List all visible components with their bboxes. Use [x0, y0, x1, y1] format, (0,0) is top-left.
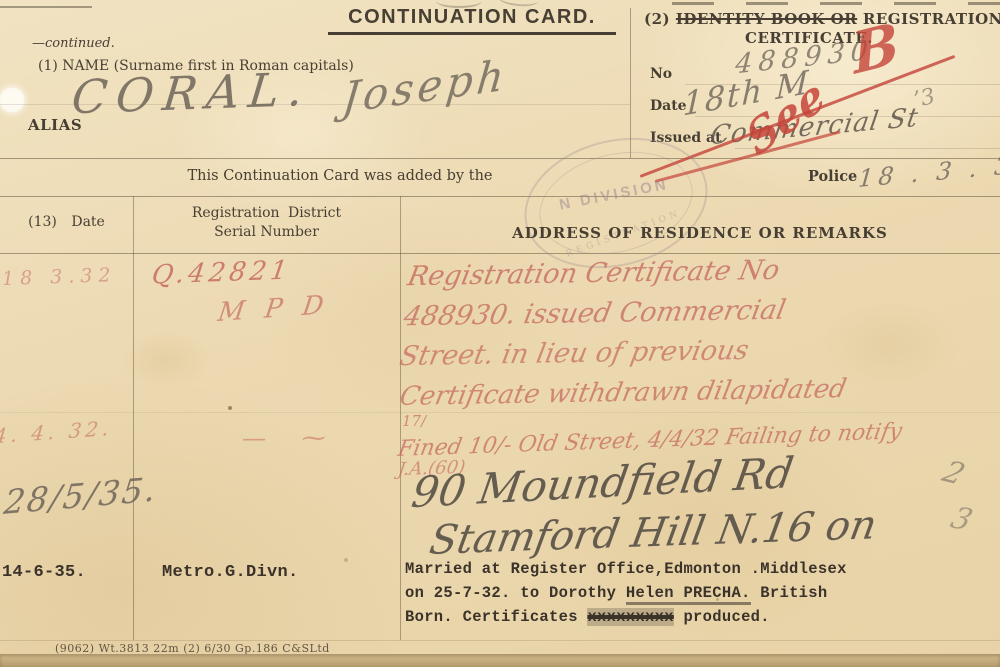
row1-serial-mpd: M P D: [216, 290, 331, 328]
row4-line3-pre: Born. Certificates: [405, 608, 587, 626]
paper-stain: [820, 300, 960, 390]
col-header-registration-line1: Registration District: [133, 205, 400, 221]
identity-heading-struck: IDENTITY BOOK OR: [676, 10, 857, 28]
row4-line3-struck: xxxxxxxxx: [587, 608, 673, 626]
alias-label: ALIAS: [28, 116, 82, 134]
divider-col1: [133, 196, 134, 640]
paper-stain: [120, 330, 210, 390]
row1-date: 18 3.32: [2, 264, 117, 290]
continued-note: —continued.: [32, 36, 115, 51]
paper-speck: [228, 406, 232, 410]
red-annotation-b: B: [849, 10, 902, 88]
no-label: No: [650, 66, 672, 82]
paper-speck: [344, 558, 348, 562]
row4-serial: Metro.G.Divn.: [162, 563, 299, 582]
row3-edge-scribble1: 2: [937, 455, 970, 492]
row4-line2-pre: on 25-7-32. to Dorothy: [405, 584, 626, 602]
row4-remark-line3: Born. Certificates xxxxxxxxx produced.: [405, 608, 770, 626]
name-surname-handwriting: CORAL.: [69, 62, 314, 125]
row1-remark-superscript: 17/: [402, 412, 426, 430]
rule-header-top: [0, 196, 1000, 197]
rule-header-bottom: [0, 253, 1000, 254]
row1-remark-line1: Registration Certificate No: [405, 255, 782, 293]
rule-card-bottom: [0, 640, 1000, 641]
identity-heading: (2) IDENTITY BOOK OR REGISTRATION: [644, 10, 1000, 28]
row3-date: 28/5/35.: [2, 469, 160, 522]
row4-remark-line2: on 25-7-32. to Dorothy Helen PRECHA. Bri…: [405, 584, 827, 602]
punch-hole: [0, 88, 24, 112]
top-edge-dashes: [672, 2, 1000, 5]
date-label: Date: [650, 98, 687, 114]
rule-row-faint: [0, 412, 1000, 413]
row4-line3-post: produced.: [674, 608, 770, 626]
row1-remark-line3: Street. in lieu of previous: [397, 335, 751, 372]
col-header-registration-line2: Serial Number: [133, 224, 400, 240]
row1-serial: Q.42821: [150, 255, 293, 290]
paper-speck: [694, 478, 699, 483]
row2-serial-dash: — ⁓: [242, 424, 340, 452]
row4-line2-post: British: [751, 584, 828, 602]
col-header-address: ADDRESS OF RESIDENCE OR REMARKS: [400, 224, 1000, 242]
added-by-line: This Continuation Card was added by the: [140, 168, 540, 184]
row4-remark-line1: Married at Register Office,Edmonton .Mid…: [405, 560, 847, 578]
name-forename-handwriting: Joseph: [340, 50, 510, 123]
rule-band-top: [0, 158, 1000, 159]
row4-date: 14-6-35.: [2, 563, 86, 582]
identity-heading-number: (2): [644, 10, 676, 28]
divider-col2: [400, 196, 401, 640]
row2-date: 4. 4. 32.: [0, 416, 114, 449]
page-title: CONTINUATION CARD.: [328, 6, 616, 35]
row3-edge-scribble2: 3: [946, 501, 977, 538]
divider-identity-panel: [630, 8, 631, 158]
continuation-card-scan: CONTINUATION CARD. —continued. (1) NAME …: [0, 0, 1000, 667]
paper-speck: [716, 598, 719, 601]
col-header-date: (13) Date: [0, 214, 133, 230]
row4-line2-name: Helen PRECHA.: [626, 584, 751, 605]
top-edge-fragment: [0, 6, 92, 8]
bottom-card-edge: [0, 654, 1000, 667]
row1-remark-line2: 488930. issued Commercial: [401, 295, 788, 333]
row1-remark-line4: Certificate withdrawn dilapidated: [397, 374, 849, 412]
police-label: Police: [808, 168, 857, 185]
